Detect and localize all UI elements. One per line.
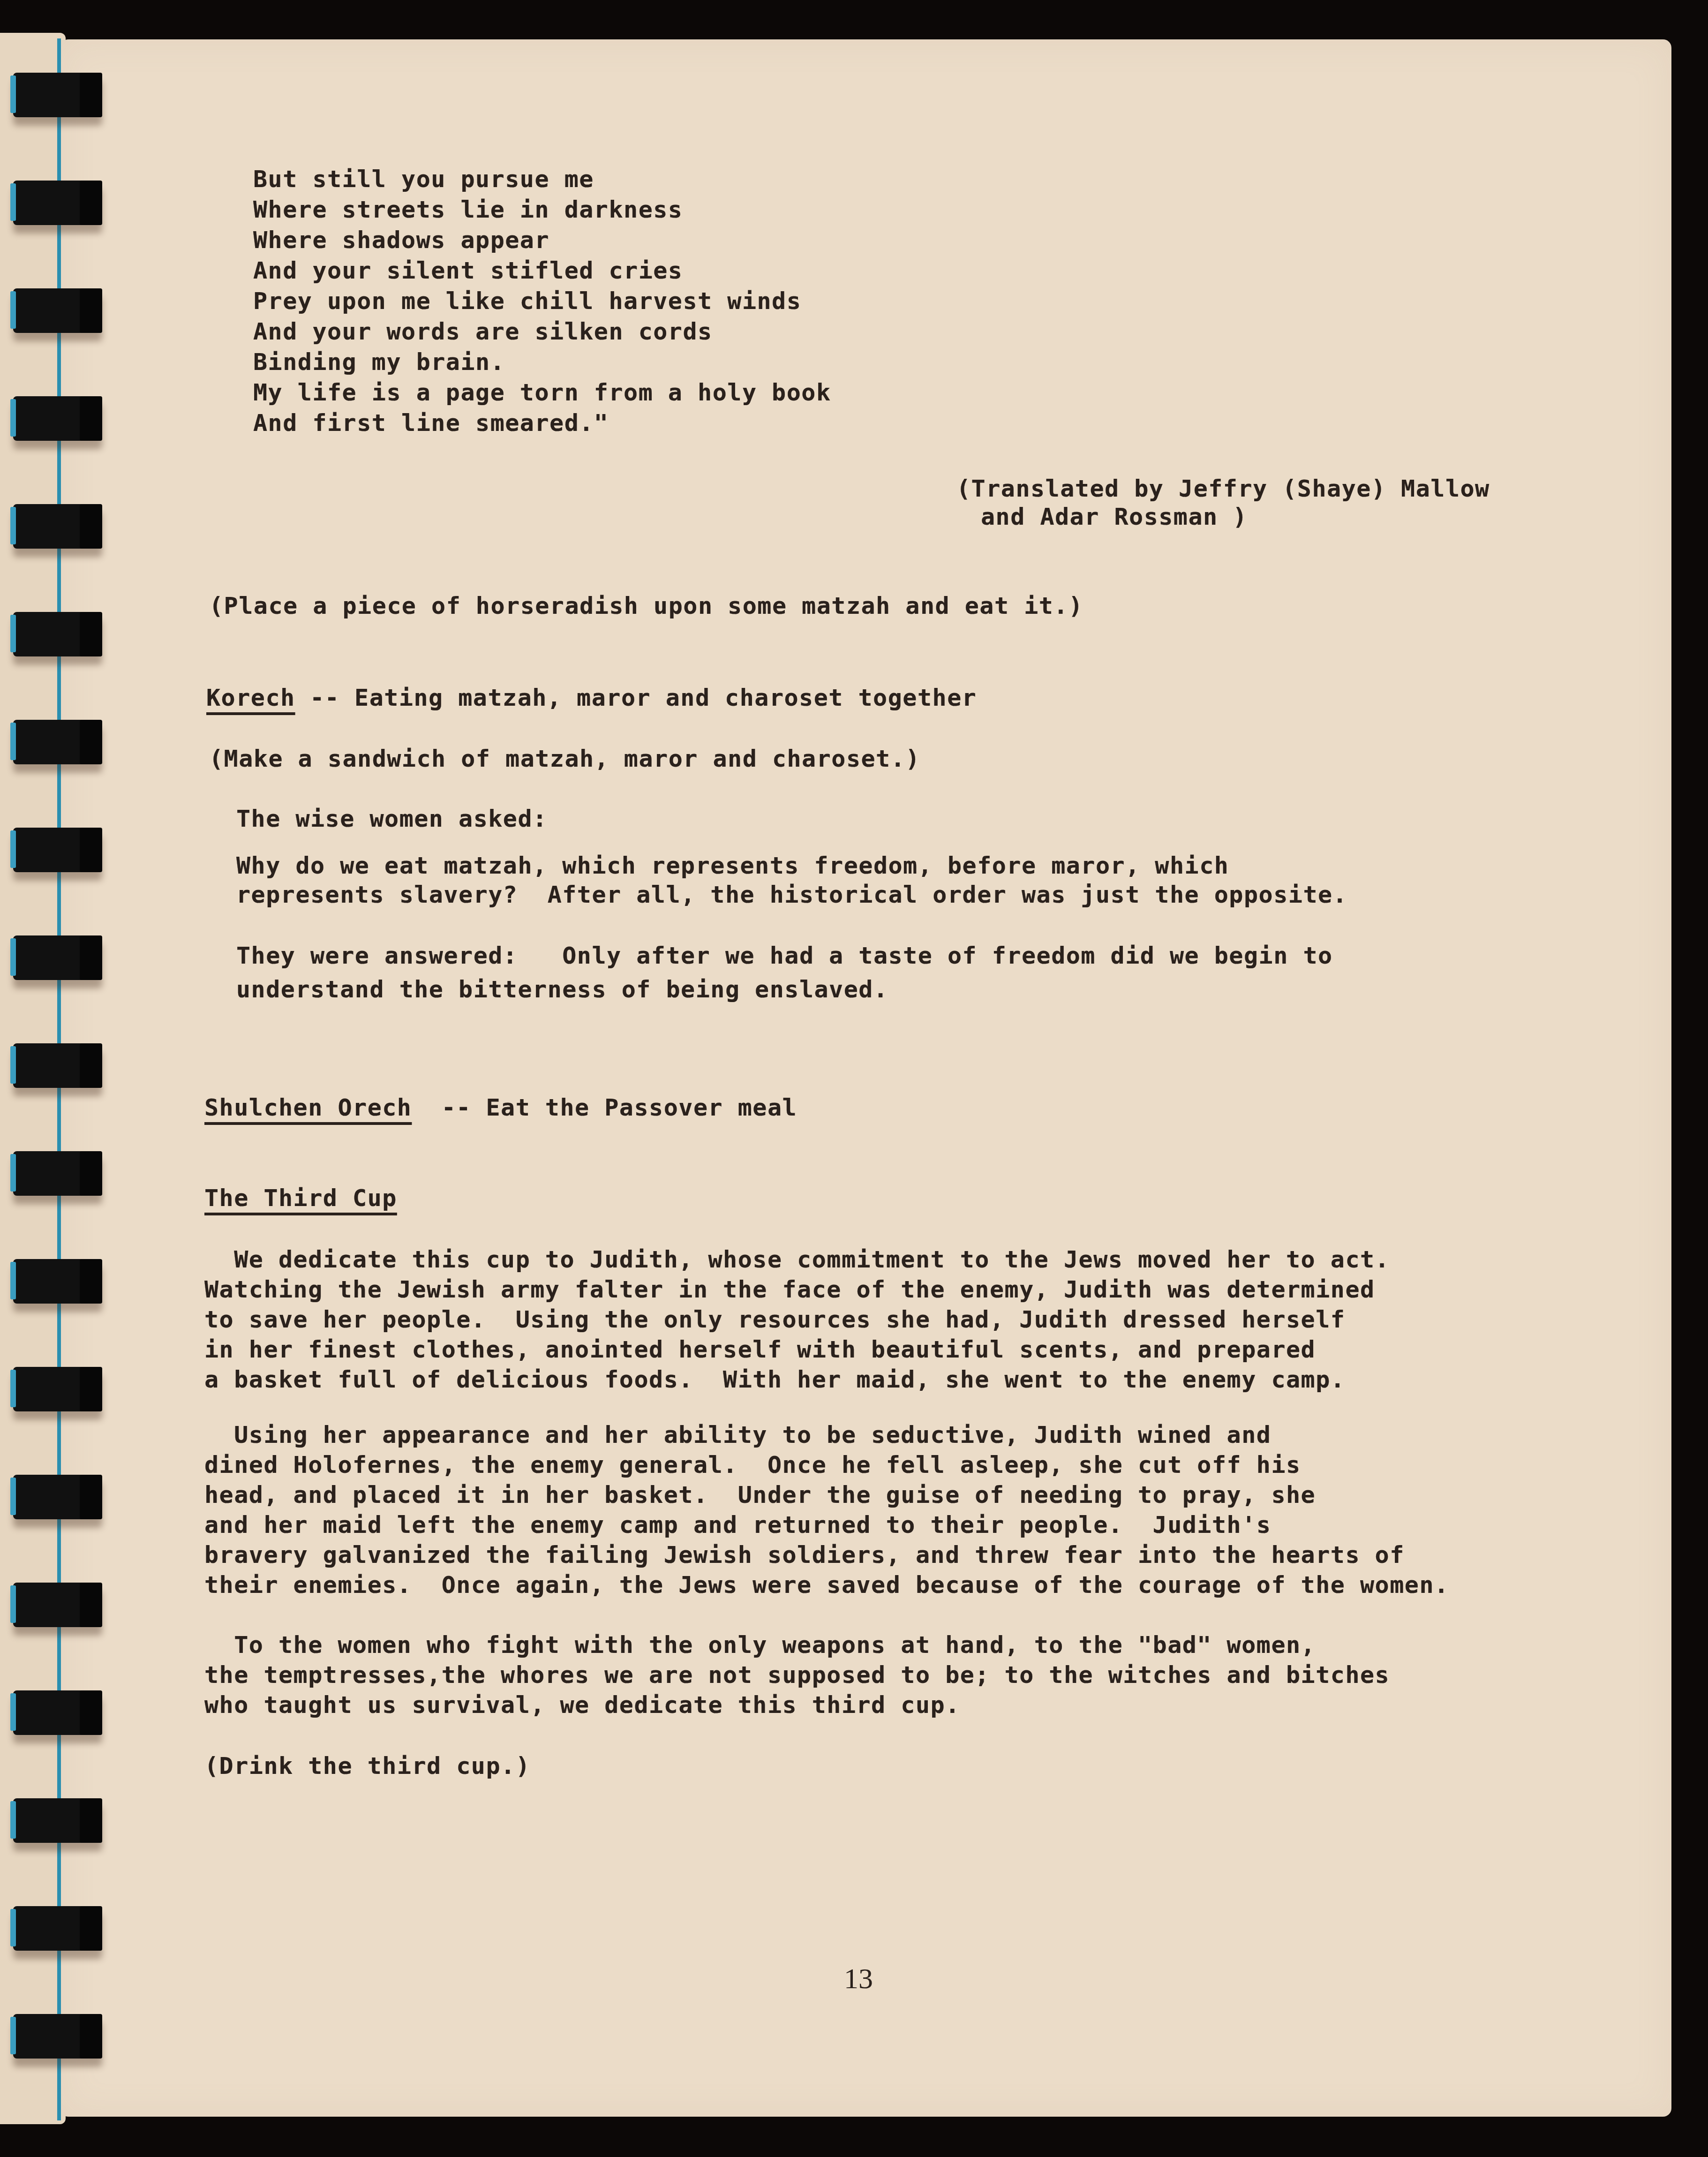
poem-line: And your silent stifled cries xyxy=(253,256,683,285)
binding-ring xyxy=(13,935,102,980)
binding-ring xyxy=(13,828,102,872)
question-line: represents slavery? After all, the histo… xyxy=(236,881,1347,909)
korech-heading-row: Korech -- Eating matzah, maror and charo… xyxy=(206,684,977,712)
paragraph-line: Using her appearance and her ability to … xyxy=(204,1421,1271,1449)
korech-subtitle: -- Eating matzah, maror and charoset tog… xyxy=(295,684,977,711)
poem-line: Prey upon me like chill harvest winds xyxy=(253,287,801,315)
binding-ring xyxy=(13,1151,102,1196)
third-cup-heading: The Third Cup xyxy=(204,1184,397,1212)
paragraph-line: their enemies. Once again, the Jews were… xyxy=(204,1571,1449,1599)
poem-line: Binding my brain. xyxy=(253,348,505,376)
shulchen-orech-subtitle: -- Eat the Passover meal xyxy=(412,1094,797,1121)
paragraph-line: bravery galvanized the failing Jewish so… xyxy=(204,1541,1405,1569)
binding-ring xyxy=(13,288,102,333)
poem-line: And first line smeared." xyxy=(253,409,609,437)
translation-credit: and Adar Rossman ) xyxy=(981,503,1248,531)
third-cup-instruction: (Drink the third cup.) xyxy=(204,1752,530,1780)
binding-ring xyxy=(13,1798,102,1843)
paragraph-line: and her maid left the enemy camp and ret… xyxy=(204,1511,1271,1539)
translation-credit: (Translated by Jeffry (Shaye) Mallow xyxy=(956,475,1490,503)
poem-line: And your words are silken cords xyxy=(253,317,713,346)
poem-line: My life is a page torn from a holy book xyxy=(253,378,831,407)
paragraph-line: a basket full of delicious foods. With h… xyxy=(204,1365,1345,1394)
answer-line: They were answered: Only after we had a … xyxy=(236,942,1333,970)
binding-ring xyxy=(13,1690,102,1735)
binding-ring xyxy=(13,1259,102,1304)
instruction-horseradish: (Place a piece of horseradish upon some … xyxy=(209,592,1083,620)
paragraph-line: We dedicate this cup to Judith, whose co… xyxy=(204,1245,1390,1274)
paragraph-line: To the women who fight with the only wea… xyxy=(204,1631,1316,1659)
binding-ring xyxy=(13,73,102,117)
binding-ring xyxy=(13,1906,102,1951)
question-line: Why do we eat matzah, which represents f… xyxy=(236,852,1229,880)
korech-heading: Korech xyxy=(206,684,295,711)
poem-line: Where shadows appear xyxy=(253,226,549,254)
binding-ring xyxy=(13,612,102,656)
paragraph-line: who taught us survival, we dedicate this… xyxy=(204,1691,960,1719)
question-intro: The wise women asked: xyxy=(236,805,548,833)
answer-line: understand the bitterness of being ensla… xyxy=(236,975,888,1003)
page-number: 13 xyxy=(844,1962,873,1996)
paragraph-line: Watching the Jewish army falter in the f… xyxy=(204,1275,1375,1304)
binding-ring xyxy=(13,1475,102,1519)
binding-ring xyxy=(13,1043,102,1088)
paragraph-line: dined Holofernes, the enemy general. Onc… xyxy=(204,1451,1301,1479)
shulchen-orech-row: Shulchen Orech -- Eat the Passover meal xyxy=(204,1094,797,1122)
third-cup-heading-row: The Third Cup xyxy=(204,1184,397,1212)
korech-instruction: (Make a sandwich of matzah, maror and ch… xyxy=(209,745,920,773)
paragraph-line: head, and placed it in her basket. Under… xyxy=(204,1481,1316,1509)
binding-ring xyxy=(13,1367,102,1411)
poem-line: Where streets lie in darkness xyxy=(253,196,683,224)
binding-ring xyxy=(13,2014,102,2059)
binding-ring xyxy=(13,396,102,441)
shulchen-orech-heading: Shulchen Orech xyxy=(204,1094,412,1121)
binding-ring xyxy=(13,504,102,549)
poem-line: But still you pursue me xyxy=(253,165,594,193)
paragraph-line: in her finest clothes, anointed herself … xyxy=(204,1335,1316,1364)
paragraph-line: the temptresses,the whores we are not su… xyxy=(204,1661,1390,1689)
binding-ring xyxy=(13,720,102,764)
binding-ring xyxy=(13,1583,102,1627)
binding-ring xyxy=(13,181,102,225)
paragraph-line: to save her people. Using the only resou… xyxy=(204,1305,1345,1334)
